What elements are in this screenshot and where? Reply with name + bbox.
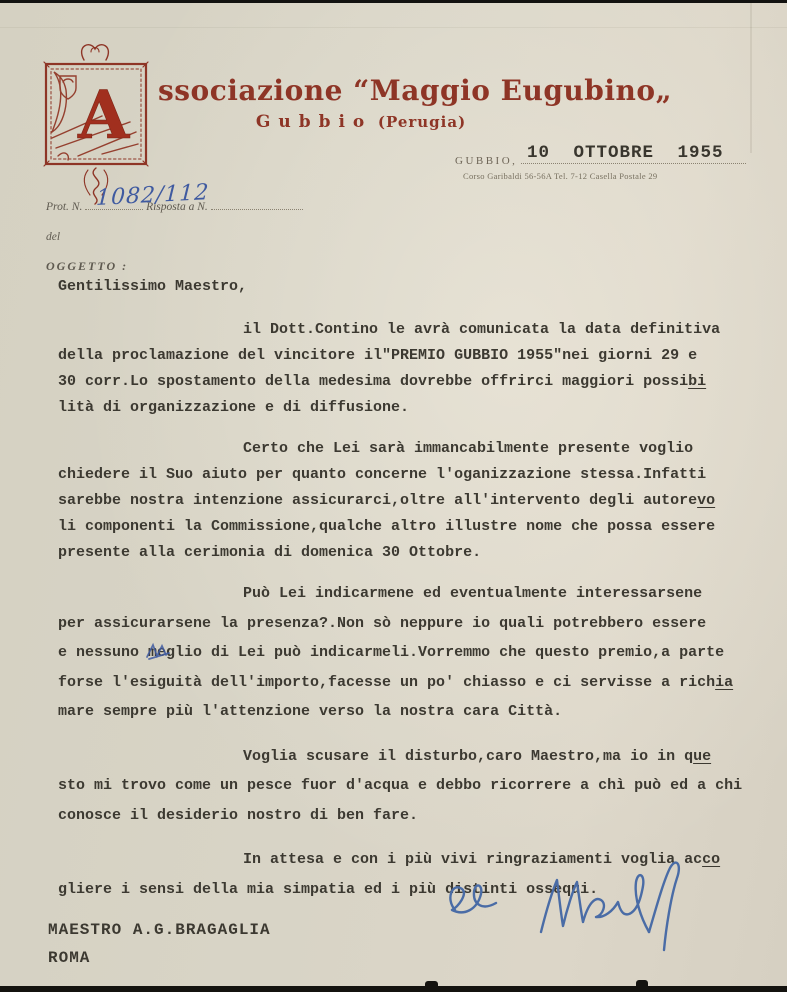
letter-line: Certo che Lei sarà immancabilmente prese… [58,440,768,466]
letter-line: presente alla cerimonia di domenica 30 O… [58,544,768,570]
letter-line: sarebbe nostra intenzione assicurarci,ol… [58,492,768,518]
letter-line: il Dott.Contino le avrà comunicata la da… [58,321,768,347]
letter-line: forse l'esiguità dell'importo,facesse un… [58,674,768,704]
scan-artifact [636,980,648,987]
hyphenation-underline: vo [697,492,715,509]
recipient-city: ROMA [48,949,271,977]
organization-province: (Perugia) [378,113,466,131]
recipient-name: MAESTRO A.G.BRAGAGLIA [48,921,271,949]
typed-date: 10 OTTOBRE 1955 [527,143,724,163]
letter-line: della proclamazione del vincitore il"PRE… [58,347,768,373]
ink-correction-mark [143,641,177,663]
reply-dotted-line [211,196,303,210]
letter-line: lità di organizzazione e di diffusione. [58,399,768,425]
recipient-block: MAESTRO A.G.BRAGAGLIA ROMA [48,921,271,977]
hyphenation-underline: bi [688,373,706,390]
hyphenation-underline: ue [693,748,711,765]
prot-label: Prot. N. [46,201,82,213]
dateline-block: GUBBIO, 10 OTTOBRE 1955 Corso Garibaldi … [455,150,765,181]
letter-line: li componenti la Commissione,qualche alt… [58,518,768,544]
protocol-row: Prot. N. Risposta a N. 1082/112 [46,196,386,213]
scanned-letter-page: A ssociazione “Maggio Eugubino„ Gubbio (… [0,0,787,992]
letter-line: sto mi trovo come un pesce fuor d'acqua … [58,777,768,807]
place-label: GUBBIO, [455,155,517,167]
ornate-initial-icon: A [36,38,160,206]
letterhead-address: Corso Garibaldi 56-56A Tel. 7-12 Casella… [455,171,765,181]
scan-edge-bottom [0,986,787,992]
letter-line: conosce il desiderio nostro di ben fare. [58,807,768,837]
organization-name: ssociazione “Maggio Eugubino„ [158,74,672,107]
paragraph: Certo che Lei sarà immancabilmente prese… [58,440,768,570]
letter-line: chiedere il Suo aiuto per quanto concern… [58,466,768,492]
letter-body: Gentilissimo Maestro, il Dott.Contino le… [58,278,768,925]
paragraph: Voglia scusare il disturbo,caro Maestro,… [58,748,768,837]
letter-line: mare sempre più l'attenzione verso la no… [58,703,768,733]
dateline-row: GUBBIO, 10 OTTOBRE 1955 [455,150,765,168]
scan-edge-top [0,0,787,3]
emblem-initial-letter: A [77,76,130,154]
oggetto-label: OGGETTO : [46,259,386,274]
protocol-block: Prot. N. Risposta a N. 1082/112 del OGGE… [46,196,386,274]
paper-crease-horizontal [0,27,787,28]
del-label: del [46,231,386,243]
paper-crease [750,3,752,153]
signature [425,852,705,964]
salutation: Gentilissimo Maestro, [58,278,768,305]
organization-location: Gubbio (Perugia) [196,112,526,132]
scan-artifact [425,981,438,987]
hyphenation-underline: ia [715,674,733,691]
letter-line: per assicurarsene la presenza?.Non sò ne… [58,615,768,645]
paragraph: il Dott.Contino le avrà comunicata la da… [58,321,768,425]
letter-line: 30 corr.Lo spostamento della medesima do… [58,373,768,399]
organization-city: Gubbio [256,112,372,132]
letter-line: Voglia scusare il disturbo,caro Maestro,… [58,748,768,778]
letter-line: Può Lei indicarmene ed eventualmente int… [58,585,768,615]
